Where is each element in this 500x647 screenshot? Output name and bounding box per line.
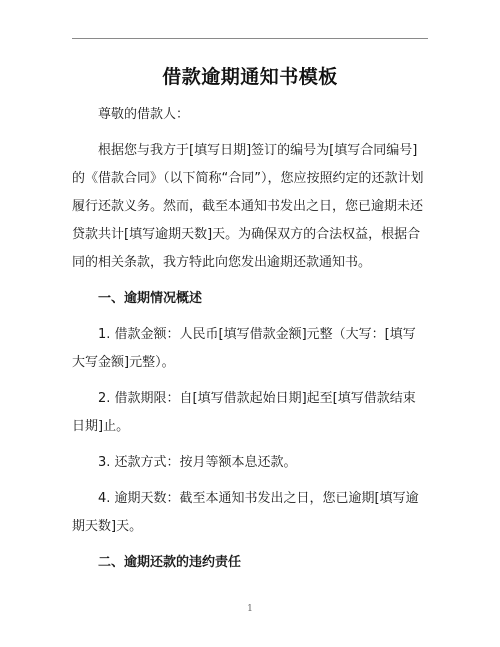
document-body: 尊敬的借款人： 根据您与我方于[填写日期]签订的编号为[填写合同编号]的《借款合… [72,101,428,577]
header-rule [72,38,428,39]
section-heading-breach-liability: 二、逾期还款的违约责任 [72,549,428,577]
greeting: 尊敬的借款人： [72,101,428,129]
document-page: 借款逾期通知书模板 尊敬的借款人： 根据您与我方于[填写日期]签订的编号为[填写… [0,0,500,647]
page-number: 1 [0,604,500,614]
list-item-loan-amount: 1. 借款金额：人民币[填写借款金额]元整（大写：[填写大写金额]元整）。 [72,321,428,377]
list-item-repayment-method: 3. 还款方式：按月等额本息还款。 [72,449,428,477]
list-item-overdue-days: 4. 逾期天数：截至本通知书发出之日，您已逾期[填写逾期天数]天。 [72,485,428,541]
document-title: 借款逾期通知书模板 [0,64,500,90]
section-heading-overdue-summary: 一、逾期情况概述 [72,285,428,313]
list-item-loan-term: 2. 借款期限：自[填写借款起始日期]起至[填写借款结束日期]止。 [72,385,428,441]
intro-paragraph: 根据您与我方于[填写日期]签订的编号为[填写合同编号]的《借款合同》（以下简称“… [72,137,428,277]
